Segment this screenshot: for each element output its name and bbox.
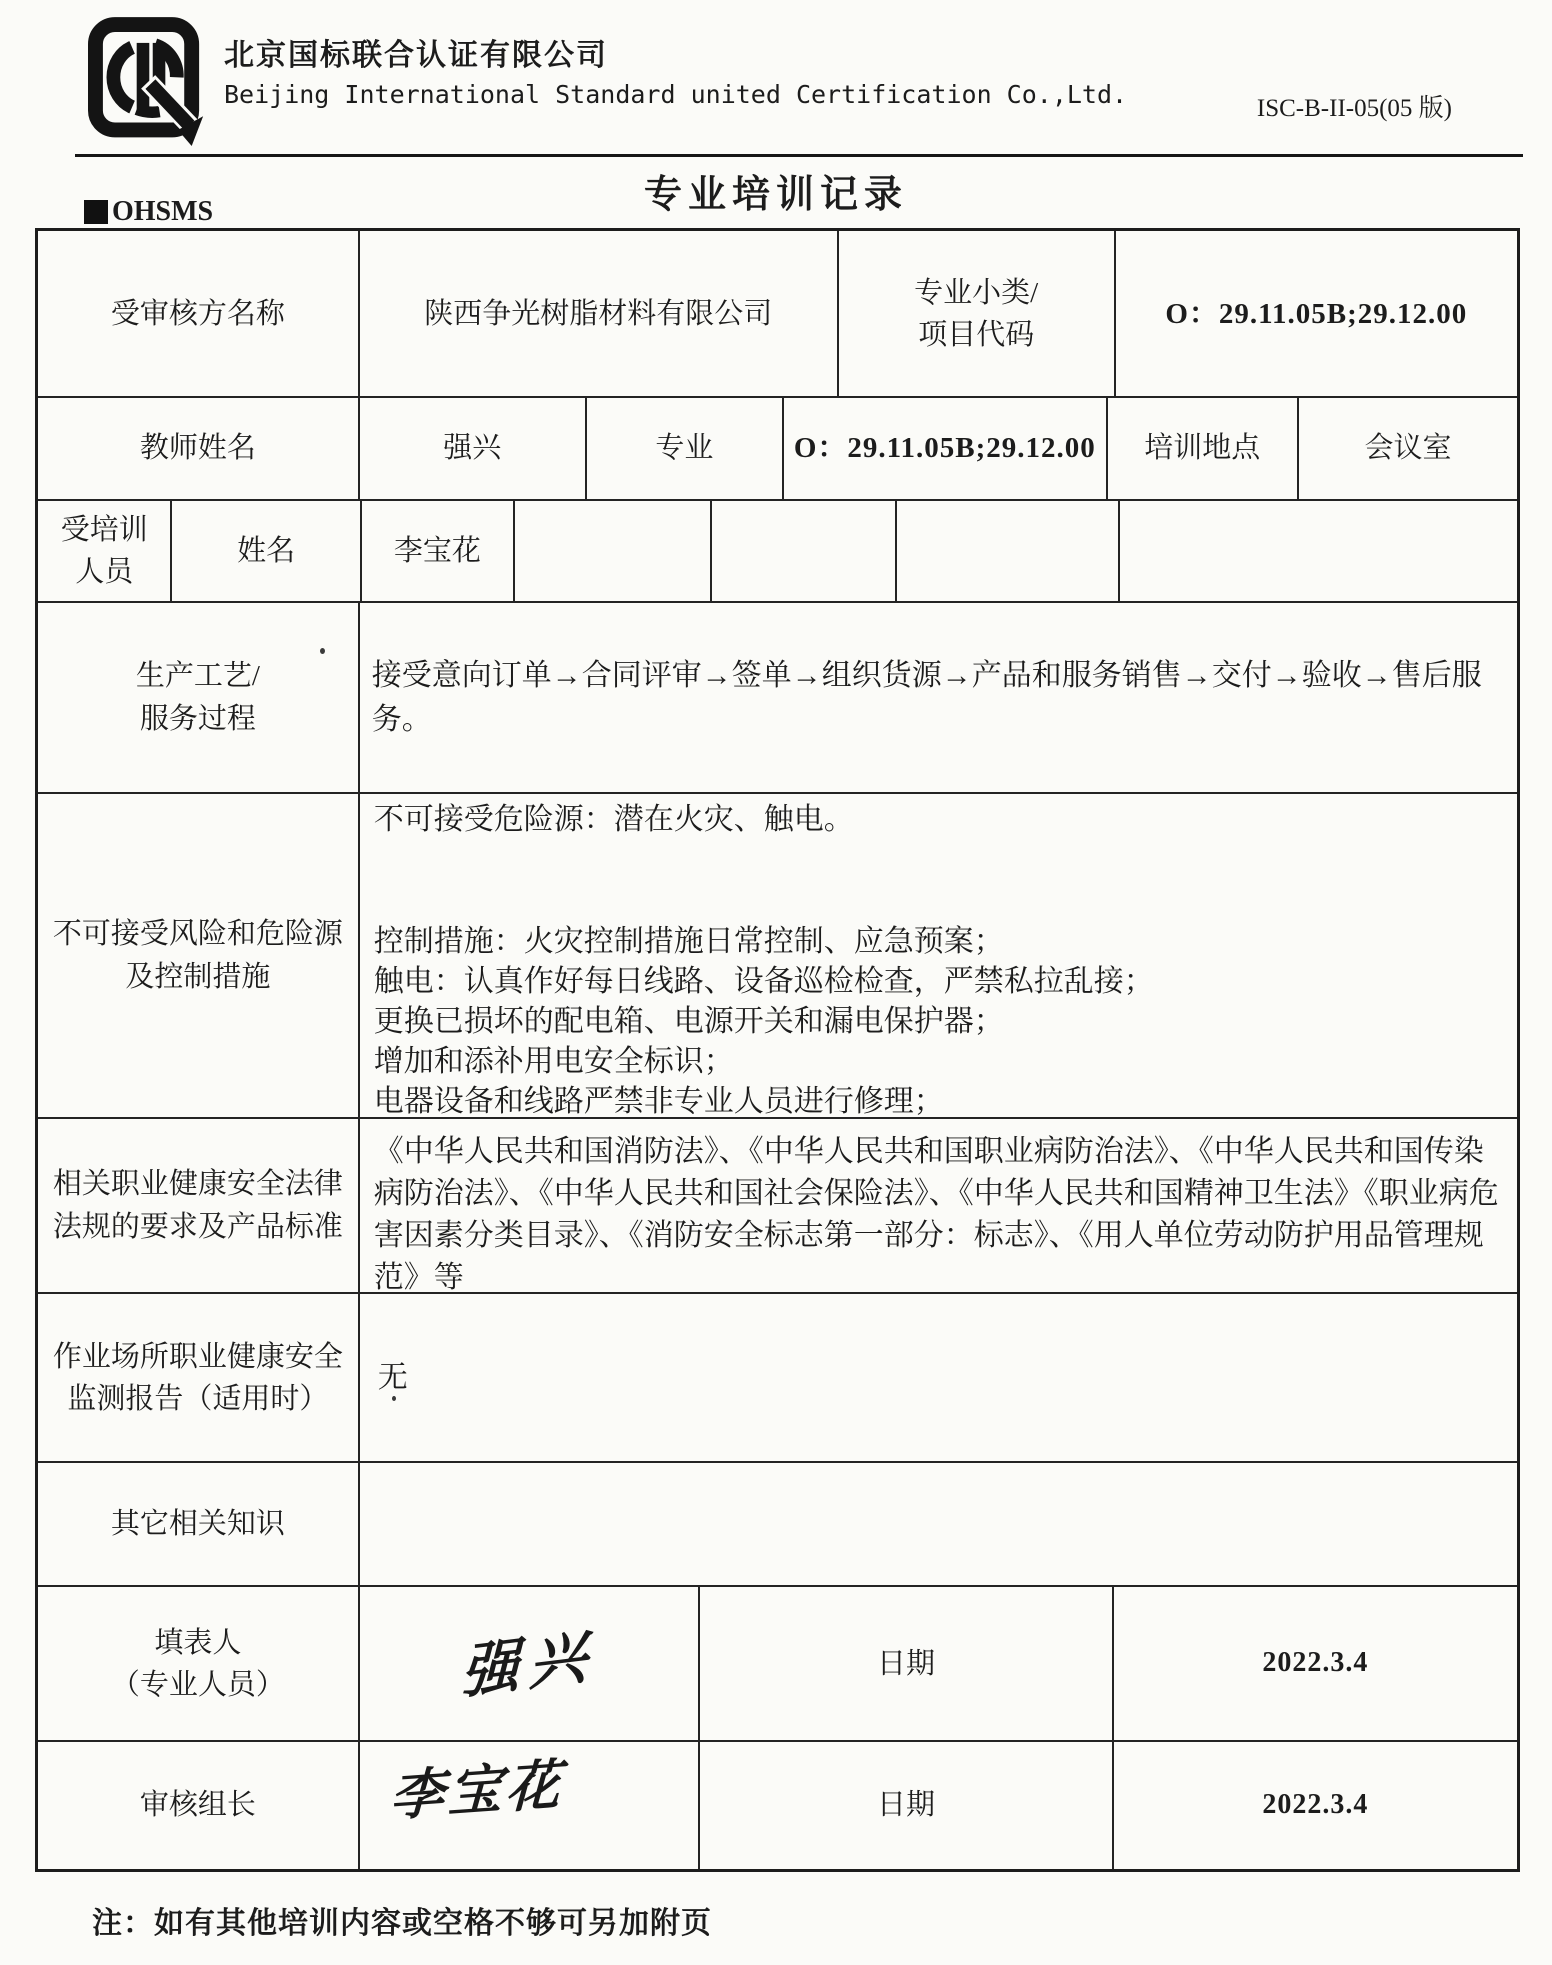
major-label: 专业 (587, 398, 784, 500)
process-label: 生产工艺/ 服务过程 (38, 603, 360, 794)
laws-value: 《中华人民共和国消防法》、《中华人民共和国职业病防治法》、《中华人民共和国传染病… (360, 1119, 1517, 1294)
trainee-name-1: 李宝花 (362, 501, 515, 603)
company-name-cn: 北京国标联合认证有限公司 (224, 30, 608, 74)
monitor-value: 无 (360, 1294, 1517, 1463)
scan-artifact-dot (320, 648, 325, 654)
header-rule (75, 154, 1523, 157)
auditor-label: 审核组长 (38, 1742, 360, 1869)
filler-signature: 强兴 (360, 1587, 701, 1741)
row-process: 生产工艺/ 服务过程 接受意向订单→合同评审→签单→组织货源→产品和服务销售→交… (38, 603, 1517, 794)
row-auditee: 受审核方名称 陕西争光树脂材料有限公司 专业小类/ 项目代码 O：29.11.0… (38, 231, 1517, 398)
auditee-label: 受审核方名称 (38, 231, 360, 398)
footer-note: 注：如有其他培训内容或空格不够可另加附页 (92, 1898, 712, 1942)
trainees-group-label: 受培训 人员 (38, 501, 172, 603)
filler-label: 填表人 （专业人员） (38, 1587, 360, 1741)
row-auditor: 审核组长 李宝花 日期 2022.3.4 (38, 1742, 1517, 1869)
code-value: O：29.11.05B;29.12.00 (1116, 231, 1517, 398)
major-value: O：29.11.05B;29.12.00 (784, 398, 1108, 500)
row-trainees: 受培训 人员 姓名 李宝花 (38, 501, 1517, 603)
training-record-table: 受审核方名称 陕西争光树脂材料有限公司 专业小类/ 项目代码 O：29.11.0… (35, 228, 1520, 1872)
filler-date-label: 日期 (700, 1587, 1113, 1741)
document-code: ISC-B-II-05(05 版) (1257, 88, 1452, 124)
teacher-name: 强兴 (360, 398, 587, 500)
filled-square-icon (84, 200, 108, 224)
auditor-date-label: 日期 (700, 1742, 1113, 1869)
row-laws: 相关职业健康安全法律 法规的要求及产品标准 《中华人民共和国消防法》、《中华人民… (38, 1119, 1517, 1294)
other-label: 其它相关知识 (38, 1463, 360, 1587)
monitor-label: 作业场所职业健康安全 监测报告（适用时） (38, 1294, 360, 1463)
row-teacher: 教师姓名 强兴 专业 O：29.11.05B;29.12.00 培训地点 会议室 (38, 398, 1517, 500)
company-name-en: Beijing International Standard united Ce… (224, 80, 1127, 109)
row-monitor: 作业场所职业健康安全 监测报告（适用时） 无 (38, 1294, 1517, 1463)
scan-artifact-dot (392, 1396, 396, 1401)
page-title: 专业培训记录 (0, 163, 1552, 218)
ohsms-tag: OHSMS (84, 196, 213, 228)
teacher-label: 教师姓名 (38, 398, 360, 500)
risk-label: 不可接受风险和危险源 及控制措施 (38, 794, 360, 1119)
laws-label: 相关职业健康安全法律 法规的要求及产品标准 (38, 1119, 360, 1294)
row-risk: 不可接受风险和危险源 及控制措施 不可接受危险源：潜在火灾、触电。 控制措施：火… (38, 794, 1517, 1119)
process-value: 接受意向订单→合同评审→签单→组织货源→产品和服务销售→交付→验收→售后服务。 (360, 603, 1517, 794)
filler-date-value: 2022.3.4 (1114, 1587, 1517, 1741)
row-other: 其它相关知识 (38, 1463, 1517, 1587)
other-value (360, 1463, 1517, 1587)
trainee-name-4 (897, 501, 1120, 603)
certification-mark-icon (84, 12, 210, 154)
trainee-name-5 (1120, 501, 1517, 603)
trainee-name-label: 姓名 (172, 501, 361, 603)
auditor-date-value: 2022.3.4 (1114, 1742, 1517, 1869)
auditor-signature: 李宝花 (360, 1742, 701, 1869)
row-filler: 填表人 （专业人员） 强兴 日期 2022.3.4 (38, 1587, 1517, 1741)
trainee-name-3 (712, 501, 896, 603)
risk-content: 不可接受危险源：潜在火灾、触电。 控制措施：火灾控制措施日常控制、应急预案； 触… (360, 794, 1517, 1119)
auditee-value: 陕西争光树脂材料有限公司 (360, 231, 839, 398)
ohsms-label: OHSMS (112, 196, 213, 228)
place-label: 培训地点 (1108, 398, 1299, 500)
code-label: 专业小类/ 项目代码 (839, 231, 1116, 398)
trainee-name-2 (515, 501, 712, 603)
scanned-training-record-page: 北京国标联合认证有限公司 Beijing International Stand… (0, 0, 1552, 1965)
place-value: 会议室 (1299, 398, 1517, 500)
